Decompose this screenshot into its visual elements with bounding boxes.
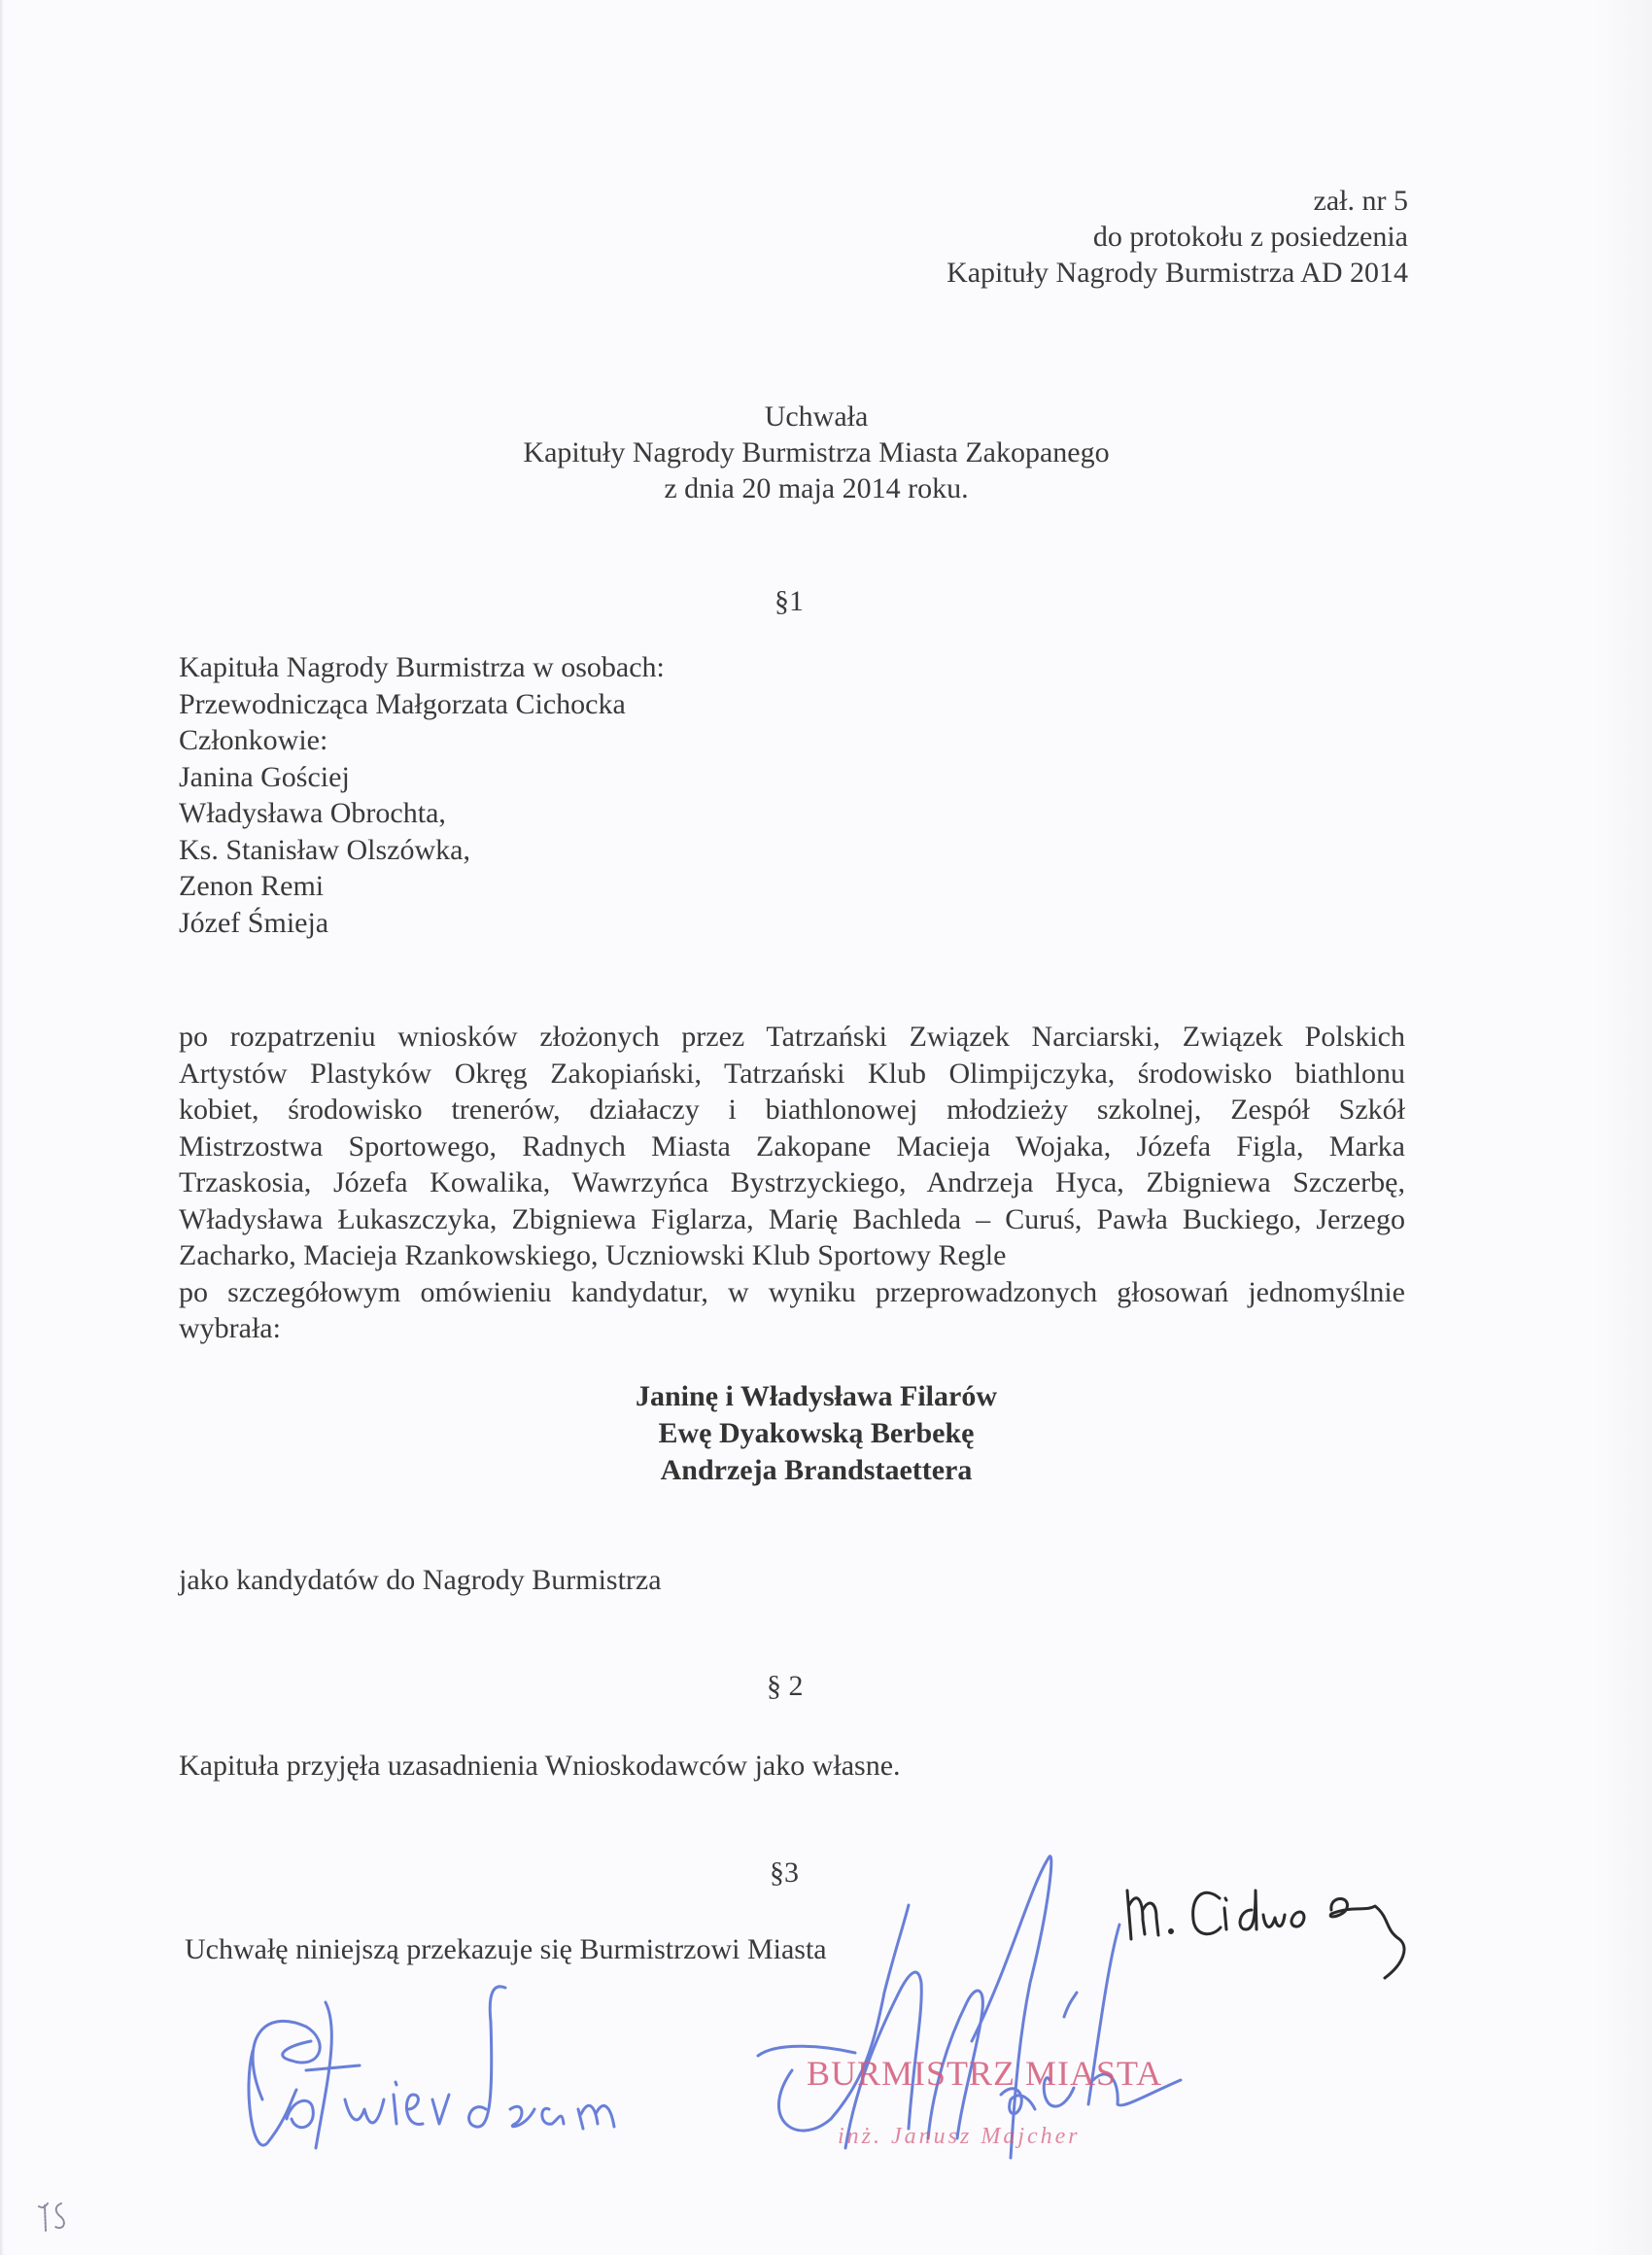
members-label: Członkowie: — [179, 722, 665, 759]
corner-initials — [34, 2202, 73, 2240]
candidate: Ewę Dyakowską Berbekę — [389, 1415, 1244, 1452]
attachment-chapter: Kapituły Nagrody Burmistrza AD 2014 — [946, 255, 1408, 291]
attachment-header: zał. nr 5 do protokołu z posiedzenia Kap… — [946, 183, 1408, 291]
title-date: z dnia 20 maja 2014 roku. — [330, 470, 1302, 506]
title-body: Kapituły Nagrody Burmistrza Miasta Zakop… — [330, 434, 1302, 470]
resolution-title: Uchwała Kapituły Nagrody Burmistrza Mias… — [330, 399, 1302, 506]
section-3-text: Uchwałę niniejszą przekazuje się Burmist… — [185, 1931, 827, 1967]
body-line: Mistrzostwa Sportowego, Radnych Miasta Z… — [179, 1128, 1405, 1165]
mayor-stamp-name: inż. Janusz Majcher — [838, 2124, 1081, 2150]
member: Ks. Stanisław Olszówka, — [179, 832, 665, 869]
approval-handwriting — [233, 1973, 816, 2168]
member: Janina Gościej — [179, 759, 665, 796]
attachment-number: zał. nr 5 — [946, 183, 1408, 219]
section-1-body: po rozpatrzeniu wniosków złożonych przez… — [179, 1019, 1405, 1347]
mayor-stamp-title: BURMISTRZ MIASTA — [807, 2053, 1162, 2094]
body-line: Zacharko, Macieja Rzankowskiego, Uczniow… — [179, 1237, 1405, 1274]
members-intro: Kapituła Nagrody Burmistrza w osobach: — [179, 649, 665, 686]
scan-edge-right — [1594, 0, 1652, 2255]
member: Władysława Obrochta, — [179, 795, 665, 832]
candidate: Andrzeja Brandstaettera — [389, 1452, 1244, 1489]
body-line: po szczegółowym omówieniu kandydatur, w … — [179, 1274, 1405, 1311]
title-word: Uchwała — [330, 399, 1302, 434]
scan-edge-left — [0, 0, 4, 2255]
body-line: Trzaskosia, Józefa Kowalika, Wawrzyńca B… — [179, 1164, 1405, 1201]
body-line: Władysława Łukaszczyka, Zbigniewa Figlar… — [179, 1201, 1405, 1238]
selected-candidates: Janinę i Władysława Filarów Ewę Dyakowsk… — [389, 1378, 1244, 1489]
body-line: kobiet, środowisko trenerów, działaczy i… — [179, 1092, 1405, 1128]
attachment-protocol: do protokołu z posiedzenia — [946, 219, 1408, 255]
section-1-mark: §1 — [774, 585, 804, 618]
body-line: Artystów Plastyków Okręg Zakopiański, Ta… — [179, 1056, 1405, 1093]
member-chair: Przewodnicząca Małgorzata Cichocka — [179, 686, 665, 723]
body-line: wybrała: — [179, 1310, 1405, 1347]
candidates-closing: jako kandydatów do Nagrody Burmistrza — [179, 1562, 662, 1598]
section-2-text: Kapituła przyjęła uzasadnienia Wnioskoda… — [179, 1748, 901, 1784]
candidate: Janinę i Władysława Filarów — [389, 1378, 1244, 1415]
member: Zenon Remi — [179, 868, 665, 905]
chapter-members-list: Kapituła Nagrody Burmistrza w osobach: P… — [179, 649, 665, 941]
document-page: zał. nr 5 do protokołu z posiedzenia Kap… — [0, 0, 1652, 2255]
section-2-mark: § 2 — [767, 1670, 804, 1703]
body-line: po rozpatrzeniu wniosków złożonych przez… — [179, 1019, 1405, 1056]
member: Józef Śmieja — [179, 905, 665, 942]
